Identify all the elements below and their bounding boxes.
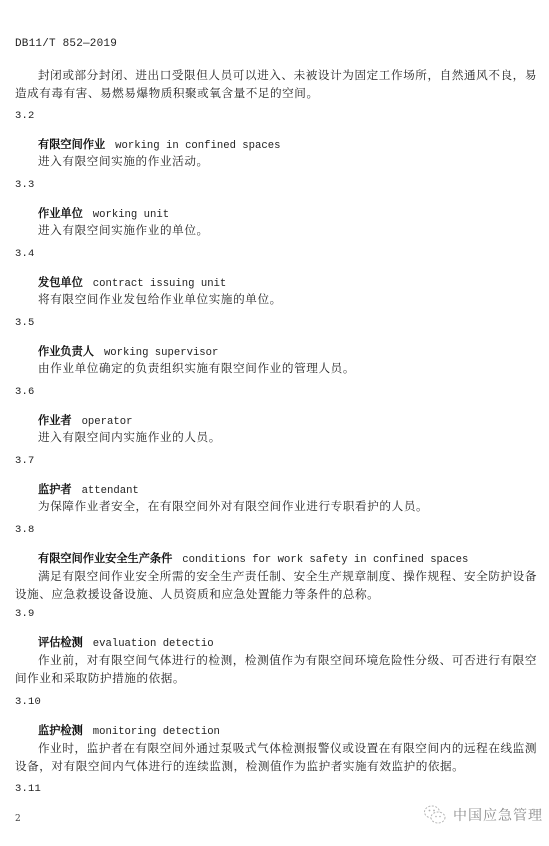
- term-cn: 监护者: [38, 483, 72, 496]
- term-en: working supervisor: [104, 347, 218, 359]
- term-en: evaluation detectio: [93, 638, 214, 650]
- section-number: 3.3: [15, 179, 35, 191]
- term-cn: 作业者: [38, 414, 72, 427]
- page-number: 2: [15, 814, 21, 824]
- term-heading: 监护检测monitoring detection: [38, 722, 220, 738]
- section-number: 3.11: [15, 783, 41, 795]
- term-cn: 作业负责人: [38, 345, 94, 358]
- term-cn: 评估检测: [38, 636, 83, 649]
- watermark: 中国应急管理: [423, 804, 543, 826]
- section-number: 3.9: [15, 608, 35, 620]
- term-definition: 进入有限空间实施的作业活动。: [38, 153, 209, 169]
- term-en: operator: [82, 416, 133, 428]
- term-heading: 作业者operator: [38, 412, 132, 428]
- term-en: contract issuing unit: [93, 278, 227, 290]
- term-en: attendant: [82, 485, 139, 497]
- section-number: 3.5: [15, 317, 35, 329]
- term-heading: 作业负责人working supervisor: [38, 343, 218, 359]
- term-definition: 进入有限空间实施作业的单位。: [38, 222, 209, 238]
- term-definition: 为保障作业者安全，在有限空间外对有限空间作业进行专职看护的人员。: [38, 498, 428, 514]
- section-number: 3.10: [15, 696, 41, 708]
- section-number: 3.4: [15, 248, 35, 260]
- standard-code: DB11/T 852—2019: [15, 38, 117, 50]
- term-definition: 由作业单位确定的负责组织实施有限空间作业的管理人员。: [38, 360, 355, 376]
- section-number: 3.6: [15, 386, 35, 398]
- term-heading: 有限空间作业安全生产条件conditions for work safety i…: [38, 550, 468, 566]
- section-number: 3.8: [15, 524, 35, 536]
- term-en: conditions for work safety in confined s…: [182, 554, 468, 566]
- section-number: 3.7: [15, 455, 35, 467]
- section-number: 3.2: [15, 110, 35, 122]
- term-heading: 作业单位working unit: [38, 205, 169, 221]
- term-definition: 将有限空间作业发包给作业单位实施的单位。: [38, 291, 282, 307]
- term-cn: 作业单位: [38, 207, 83, 220]
- wechat-icon: [423, 804, 447, 826]
- term-cn: 有限空间作业: [38, 138, 105, 151]
- intro-paragraph: 封闭或部分封闭、进出口受限但人员可以进入、未被设计为固定工作场所，自然通风不良，…: [15, 66, 537, 102]
- watermark-text: 中国应急管理: [453, 805, 543, 825]
- term-heading: 评估检测evaluation detectio: [38, 634, 214, 650]
- term-heading: 监护者attendant: [38, 481, 139, 497]
- term-en: monitoring detection: [93, 726, 220, 738]
- term-heading: 有限空间作业working in confined spaces: [38, 136, 280, 152]
- term-cn: 发包单位: [38, 276, 83, 289]
- term-definition: 作业前，对有限空间气体进行的检测，检测值作为有限空间环境危险性分级、可否进行有限…: [15, 651, 537, 687]
- term-definition: 作业时，监护者在有限空间外通过泵吸式气体检测报警仪或设置在有限空间内的远程在线监…: [15, 739, 537, 775]
- term-en: working unit: [93, 209, 169, 221]
- term-cn: 监护检测: [38, 724, 83, 737]
- term-definition: 满足有限空间作业安全所需的安全生产责任制、安全生产规章制度、操作规程、安全防护设…: [15, 567, 537, 603]
- term-cn: 有限空间作业安全生产条件: [38, 552, 172, 565]
- term-en: working in confined spaces: [115, 140, 280, 152]
- term-definition: 进入有限空间内实施作业的人员。: [38, 429, 221, 445]
- term-heading: 发包单位contract issuing unit: [38, 274, 226, 290]
